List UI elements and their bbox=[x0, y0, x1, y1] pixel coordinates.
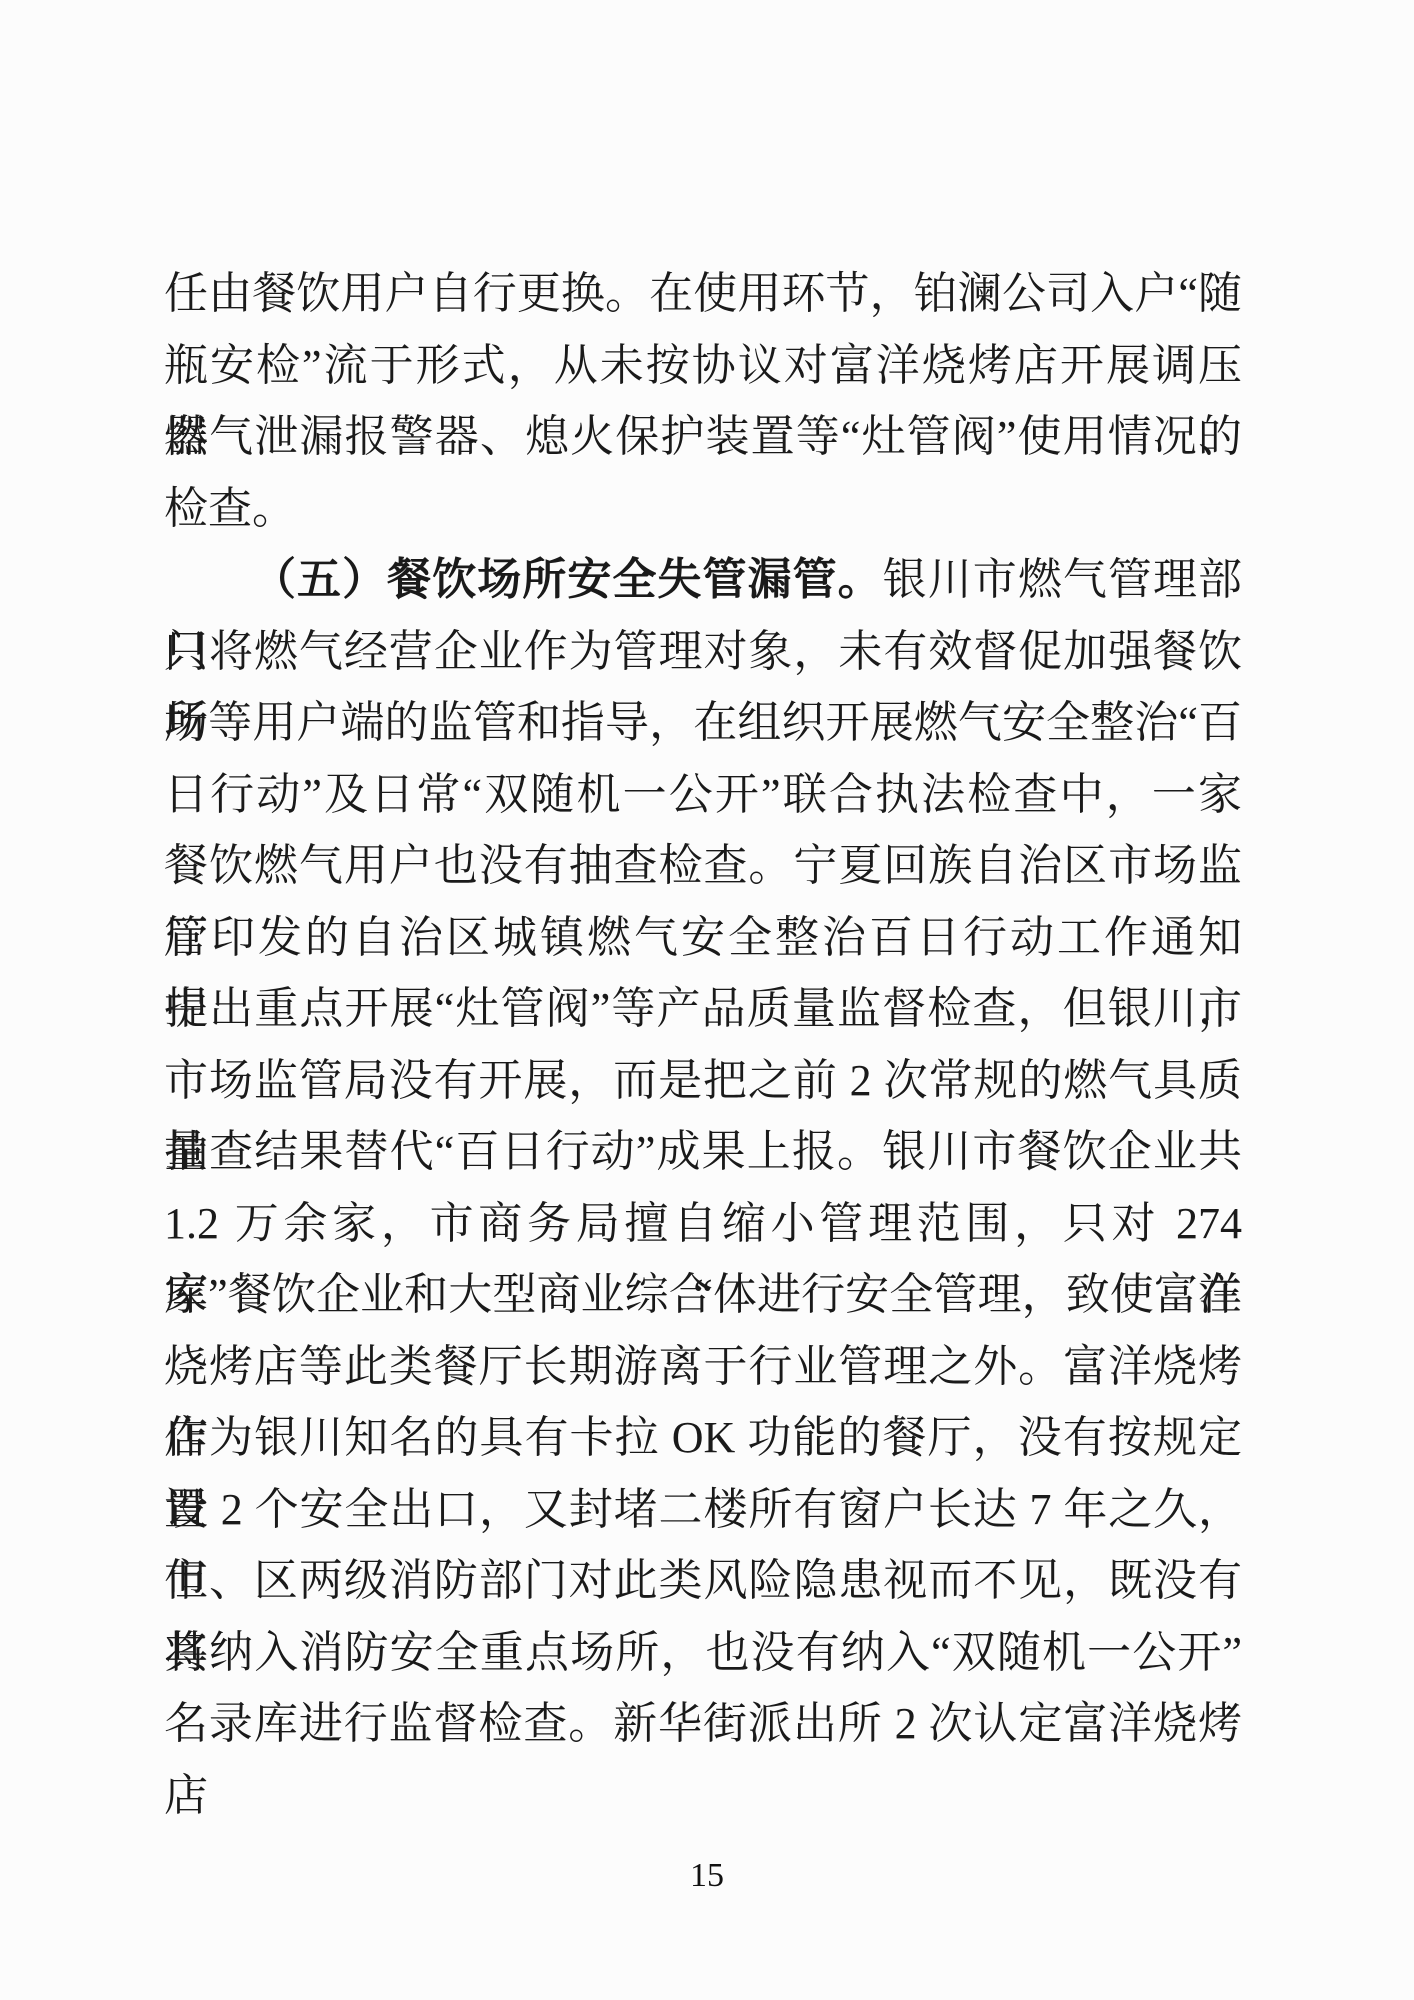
section-heading-label: （五）餐饮场所安全失管漏管。 bbox=[252, 555, 883, 604]
text-line: 厅印发的自治区城镇燃气安全整治百日行动工作通知中， bbox=[164, 902, 1242, 974]
page-number: 15 bbox=[0, 1856, 1414, 1896]
text-line: 其纳入消防安全重点场所，也没有纳入“双随机一公开” bbox=[164, 1617, 1242, 1689]
text-line: 烧烤店等此类餐厅长期游离于行业管理之外。富洋烧烤店 bbox=[164, 1331, 1242, 1403]
text-line: 任由餐饮用户自行更换。在使用环节，铂澜公司入户“随 bbox=[164, 258, 1242, 330]
text-line: 所等用户端的监管和指导，在组织开展燃气安全整治“百 bbox=[164, 687, 1242, 759]
text-line: 作为银川知名的具有卡拉 OK 功能的餐厅，没有按规定设 bbox=[164, 1402, 1242, 1474]
text-line-paragraph-end: 检查。 bbox=[164, 473, 1242, 545]
text-line: 市场监管局没有开展，而是把之前 2 次常规的燃气具质量 bbox=[164, 1045, 1242, 1117]
text-line: 提出重点开展“灶管阀”等产品质量监督检查，但银川市 bbox=[164, 973, 1242, 1045]
text-line: 置 2 个安全出口，又封堵二楼所有窗户长达 7 年之久，但 bbox=[164, 1474, 1242, 1546]
text-line: 名录库进行监督检查。新华街派出所 2 次认定富洋烧烤店 bbox=[164, 1688, 1242, 1760]
document-body: 任由餐饮用户自行更换。在使用环节，铂澜公司入户“随 瓶安检”流于形式，从未按协议… bbox=[164, 258, 1242, 1760]
text-line: 库”餐饮企业和大型商业综合体进行安全管理，致使富洋 bbox=[164, 1259, 1242, 1331]
text-line: 市、区两级消防部门对此类风险隐患视而不见，既没有将 bbox=[164, 1545, 1242, 1617]
text-line: 抽查结果替代“百日行动”成果上报。银川市餐饮企业共 bbox=[164, 1116, 1242, 1188]
text-line: 只将燃气经营企业作为管理对象，未有效督促加强餐饮场 bbox=[164, 616, 1242, 688]
text-line-section-heading: （五）餐饮场所安全失管漏管。银川市燃气管理部门 bbox=[164, 544, 1242, 616]
text-line: 瓶安检”流于形式，从未按协议对富洋烧烤店开展调压器、 bbox=[164, 330, 1242, 402]
text-line: 餐饮燃气用户也没有抽查检查。宁夏回族自治区市场监管 bbox=[164, 830, 1242, 902]
text-line: 燃气泄漏报警器、熄火保护装置等“灶管阀”使用情况的 bbox=[164, 401, 1242, 473]
text-line: 日行动”及日常“双随机一公开”联合执法检查中，一家 bbox=[164, 759, 1242, 831]
text-line: 1.2 万余家，市商务局擅自缩小管理范围，只对 274 家“在 bbox=[164, 1188, 1242, 1260]
document-page: 任由餐饮用户自行更换。在使用环节，铂澜公司入户“随 瓶安检”流于形式，从未按协议… bbox=[0, 0, 1414, 2000]
